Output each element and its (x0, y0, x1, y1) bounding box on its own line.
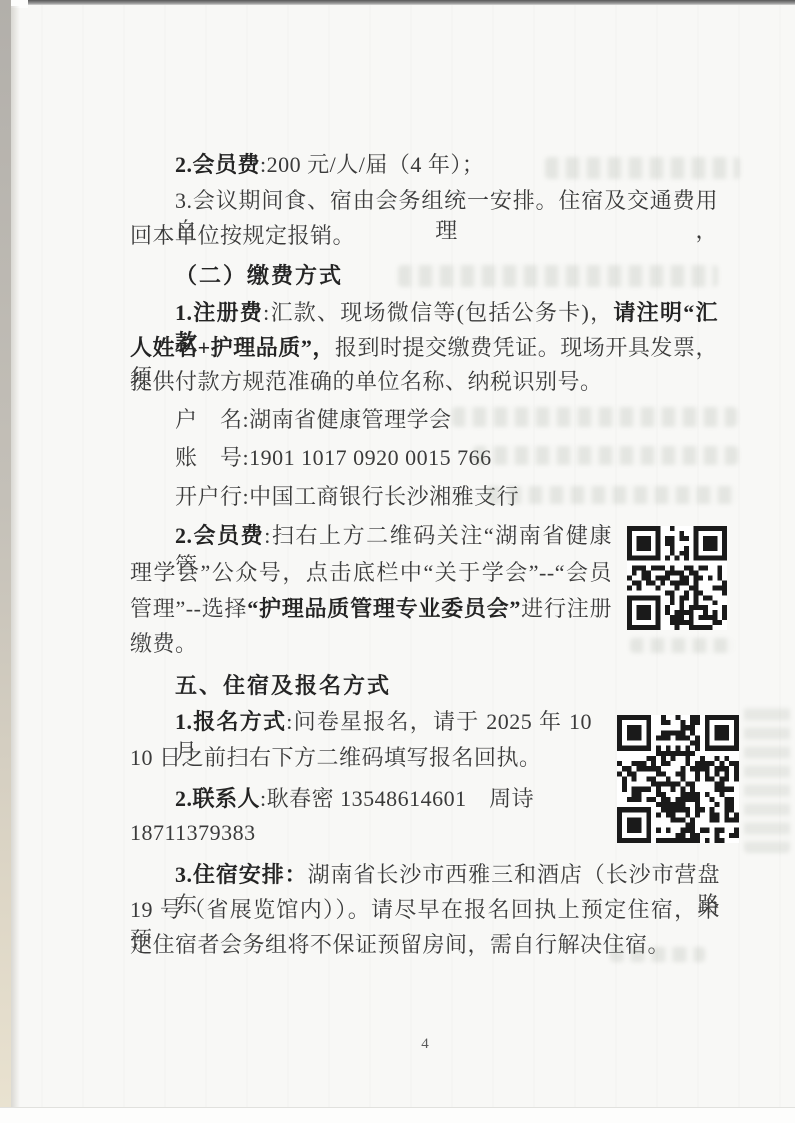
text-segment: :200 元/人/届（4 年）； (260, 152, 484, 177)
doc-line-meals-1: 3.会议期间食、宿由会务组统一安排。住宿及交通费用自理， (175, 186, 718, 218)
doc-line-hotel-3: 定住宿者会务组将不保证预留房间，需自行解决住宿。 (130, 930, 692, 962)
text-segment: 回本单位按规定报销。 (130, 223, 355, 248)
text-segment: 10 日之前扫右下方二维码填写报名回执。 (130, 745, 542, 770)
text-segment: 18711379383 (130, 820, 256, 845)
doc-line-member-fee: 2.会员费:200 元/人/届（4 年）； (175, 150, 718, 182)
bleedthrough-artifact (744, 705, 790, 853)
doc-line-hotel-1: 3.住宿安排：湖南省长沙市西雅三和酒店（长沙市营盘东路 (175, 860, 720, 892)
text-segment: 提供付款方规范准确的单位名称、纳税识别号。 (130, 369, 603, 394)
text-segment: 管理”--选择 (130, 596, 247, 621)
doc-line-heading-payment: （二）缴费方式 (175, 261, 595, 293)
text-segment: 人姓名+护理品质”， (130, 335, 335, 360)
doc-line-memberqr-3: 管理”--选择“护理品质管理专业委员会”进行注册 (130, 594, 612, 626)
doc-line-contacts-1: 2.联系人:耿春密 13548614601 周诗 (175, 784, 635, 816)
doc-line-heading-lodging: 五、住宿及报名方式 (175, 671, 595, 703)
qr-code-membership-payment-image (627, 526, 727, 630)
text-segment: 理学会”公众号，点击底栏中“关于学会”--“会员 (130, 560, 612, 585)
scan-edge-top (25, 0, 795, 5)
doc-line-memberqr-4: 缴费。 (130, 629, 330, 661)
doc-line-contacts-2: 18711379383 (130, 818, 430, 850)
scan-edge-left (0, 0, 11, 1109)
doc-line-signup-1: 1.报名方式:问卷星报名，请于 2025 年 10 月 (175, 707, 592, 739)
page-number: 4 (360, 1036, 490, 1053)
qr-code-membership-payment (627, 526, 727, 630)
doc-line-meals-2: 回本单位按规定报销。 (130, 221, 673, 253)
qr-code-registration-reply (617, 715, 739, 843)
text-segment: 2.会员费 (175, 523, 264, 548)
text-segment: 3.住宿安排： (175, 862, 308, 887)
doc-line-bank-branch: 开户行:中国工商银行长沙湘雅支行 (175, 482, 695, 514)
doc-line-regfee-2: 人姓名+护理品质”，报到时提交缴费凭证。现场开具发票，须 (130, 333, 718, 365)
doc-line-memberqr-2: 理学会”公众号，点击底栏中“关于学会”--“会员 (130, 558, 612, 590)
bleedthrough-artifact (630, 638, 735, 653)
doc-line-account-name: 户 名:湖南省健康管理学会 (175, 405, 695, 437)
doc-line-signup-2: 10 日之前扫右下方二维码填写报名回执。 (130, 743, 592, 775)
doc-line-regfee-1: 1.注册费:汇款、现场微信等(包括公务卡)，请注明“汇款 (175, 298, 718, 330)
doc-line-memberqr-1: 2.会员费:扫右上方二维码关注“湖南省健康管 (175, 521, 612, 553)
scan-edge-bottom (0, 1107, 795, 1123)
text-segment: 五、住宿及报名方式 (175, 673, 391, 698)
doc-line-account-number: 账 号:1901 1017 0920 0015 766 (175, 443, 695, 475)
text-segment: 户 名:湖南省健康管理学会 (175, 407, 452, 432)
text-segment: 开户行:中国工商银行长沙湘雅支行 (175, 484, 519, 509)
text-segment: 进行注册 (521, 596, 612, 621)
text-segment: :耿春密 13548614601 周诗 (260, 786, 534, 811)
text-segment: 账 号:1901 1017 0920 0015 766 (175, 445, 492, 470)
text-segment: “护理品质管理专业委员会” (247, 596, 521, 621)
text-segment: 2.会员费 (175, 152, 260, 177)
text-segment: 2.联系人 (175, 786, 260, 811)
scanned-document-page: 2.会员费:200 元/人/届（4 年）；3.会议期间食、宿由会务组统一安排。住… (0, 0, 795, 1123)
text-segment: 1.注册费 (175, 300, 263, 325)
text-segment: 定住宿者会务组将不保证预留房间，需自行解决住宿。 (130, 932, 670, 957)
doc-line-hotel-2: 19 号（省展览馆内））。请尽早在报名回执上预定住宿，未预 (130, 895, 720, 927)
text-segment: :汇款、现场微信等(包括公务卡)， (263, 300, 613, 325)
text-segment: 缴费。 (130, 631, 198, 656)
scan-edge-left-shadow (11, 6, 20, 1109)
doc-line-regfee-3: 提供付款方规范准确的单位名称、纳税识别号。 (130, 367, 718, 399)
qr-code-registration-reply-image (617, 715, 739, 843)
text-segment: 1.报名方式 (175, 709, 286, 734)
text-segment: （二）缴费方式 (175, 263, 343, 288)
